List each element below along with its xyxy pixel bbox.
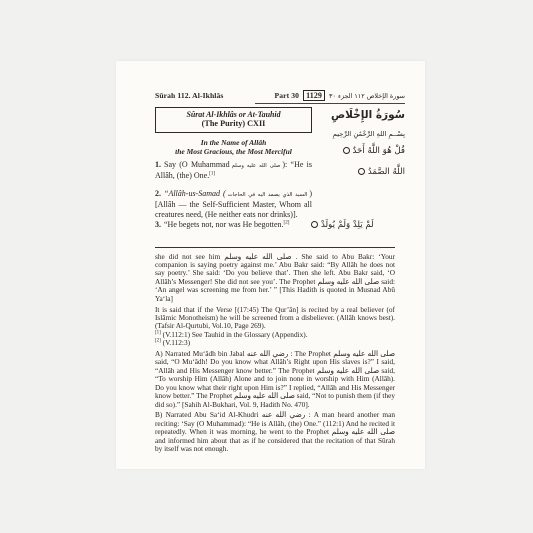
- footnote-continuation-paragraph: she did not see him صلى الله عليه وسلم .…: [155, 253, 395, 303]
- footnote-1: [1] (V.112:1) See Tauhid in the Glossary…: [155, 331, 395, 339]
- samad-definition-arabic: السيد الذي يصمد اليه في الحاجات: [228, 192, 308, 198]
- arabic-column: سُورَةُ الإِخْلَاصِ بِسْــمِ اللهِ الرَّ…: [317, 109, 405, 178]
- part-label: Part 30: [275, 91, 300, 100]
- basmala-line2: the Most Gracious, the Most Merciful: [155, 147, 312, 156]
- surah-reference: Sûrah 112. Al-Ikhlâs: [155, 91, 223, 100]
- page-number-box: 1129: [303, 90, 325, 101]
- footnote-2: [2] (V.112:3): [155, 339, 395, 347]
- basmala-line1: In the Name of Allâh: [155, 138, 312, 147]
- footnote-tafsir-paragraph: It is said that if the Verse [(17:45) Th…: [155, 306, 395, 331]
- surah-title-line1: Sûrat Al-Ikhlâs or At-Tauhid: [157, 110, 310, 119]
- surah-title-box: Sûrat Al-Ikhlâs or At-Tauhid (The Purity…: [155, 107, 312, 133]
- verse-2-translation: 2.“Allâh-us-Samad (السيد الذي يصمد اليه …: [155, 189, 312, 220]
- surah-name-calligraphy: سُورَةُ الإِخْلَاصِ: [317, 109, 405, 122]
- verse-1-translation: 1.Say (O Muhammadصلى الله عليه وسلم): “H…: [155, 160, 312, 181]
- footnote-ref-1: [1]: [209, 171, 215, 176]
- quran-section: Sûrat Al-Ikhlâs or At-Tauhid (The Purity…: [155, 107, 405, 213]
- basmala-translation: In the Name of Allâh the Most Gracious, …: [155, 138, 312, 156]
- running-header: Sûrah 112. Al-Ikhlâs Part 30 1129 سورة ا…: [155, 90, 405, 101]
- verse-3-row: 3.“He begets not, nor was He begotten.[2…: [155, 220, 405, 238]
- header-arabic: سورة الإخلاص ١١٢ الجزء ٣٠: [329, 92, 405, 100]
- verse-3-arabic: لَمْ يَلِدْ وَلَمْ يُولَدْ: [311, 220, 374, 230]
- verse-3-translation: 3.“He begets not, nor was He begotten.[2…: [155, 220, 305, 230]
- ayah-end-marker-2: [358, 168, 365, 175]
- footnote-divider: [155, 247, 395, 248]
- verse-1-arabic: قُلْ هُوَ اللَّهُ أَحَدٌ: [317, 146, 405, 157]
- footnotes-section: she did not see him صلى الله عليه وسلم .…: [155, 253, 395, 454]
- ayah-end-marker-3: [311, 221, 318, 228]
- footnote-2-text: (V.112:3): [163, 338, 190, 347]
- header-rule: [255, 103, 405, 104]
- salawat-arabic: صلى الله عليه وسلم: [232, 163, 281, 169]
- book-page: Sûrah 112. Al-Ikhlâs Part 30 1129 سورة ا…: [116, 61, 425, 469]
- verse-2-text-a: “Allâh-us-Samad (: [164, 189, 226, 198]
- footnote-ref-2: [2]: [284, 220, 290, 225]
- page-content: Sûrah 112. Al-Ikhlâs Part 30 1129 سورة ا…: [155, 61, 405, 453]
- verse-1-number: 1.: [155, 160, 161, 169]
- verse-3-number: 3.: [155, 220, 161, 229]
- bismillah-calligraphy: بِسْــمِ اللهِ الرَّحْمَٰنِ الرَّحِيمِ: [317, 130, 405, 139]
- verse-1-text-a: Say (O Muhammad: [164, 160, 230, 169]
- ayah-end-marker-1: [343, 147, 350, 154]
- verse-3-text: “He begets not, nor was He begotten.: [164, 220, 284, 229]
- verse-2-number: 2.: [155, 189, 161, 198]
- surah-title-line2: (The Purity) CXII: [157, 119, 310, 129]
- footnote-1-marker: [1]: [155, 330, 161, 335]
- verse-2-arabic: اللَّهُ الصَّمَدُ: [317, 167, 405, 178]
- footnote-2-marker: [2]: [155, 339, 161, 344]
- translation-column: Sûrat Al-Ikhlâs or At-Tauhid (The Purity…: [155, 107, 312, 219]
- hadith-a-paragraph: A) Narrated Mu‘âdh bin Jabal رضي الله عن…: [155, 350, 395, 409]
- hadith-b-paragraph: B) Narrated Abu Sa‘id Al-Khudri رضي الله…: [155, 411, 395, 453]
